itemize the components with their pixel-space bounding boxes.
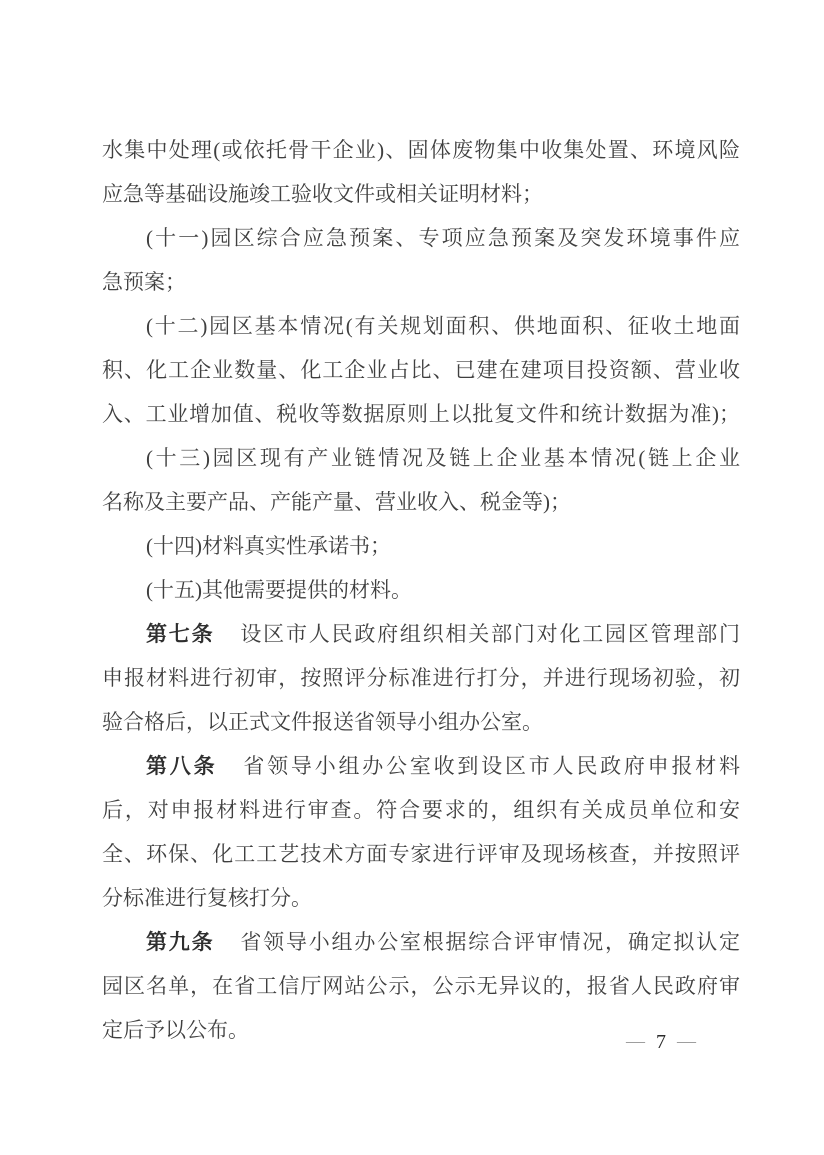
list-item-12: (十二)园区基本情况(有关规划面积、供地面积、征收土地面	[102, 304, 740, 348]
document-line: 园区名单，在省工信厅网站公示，公示无异议的，报省人民政府审	[102, 964, 740, 1008]
list-item-14: (十四)材料真实性承诺书；	[102, 524, 740, 568]
document-line: 急预案；	[102, 260, 740, 304]
document-line: 入、工业增加值、税收等数据原则上以批复文件和统计数据为准)；	[102, 392, 740, 436]
clause-seven-line: 第七条设区市人民政府组织相关部门对化工园区管理部门	[102, 612, 740, 656]
list-item-11: (十一)园区综合应急预案、专项应急预案及突发环境事件应	[102, 216, 740, 260]
page-footer: — 7 —	[626, 1031, 696, 1053]
list-item-13: (十三)园区现有产业链情况及链上企业基本情况(链上企业	[102, 436, 740, 480]
document-line: 后，对申报材料进行审查。符合要求的，组织有关成员单位和安	[102, 788, 740, 832]
clause-number: 第七条	[146, 622, 214, 646]
clause-text: 省领导小组办公室根据综合评审情况，确定拟认定	[240, 930, 740, 954]
clause-number: 第九条	[146, 930, 214, 954]
list-item-15: (十五)其他需要提供的材料。	[102, 568, 740, 612]
document-line: 水集中处理(或依托骨干企业)、固体废物集中收集处置、环境风险	[102, 128, 740, 172]
document-line: 积、化工企业数量、化工企业占比、已建在建项目投资额、营业收	[102, 348, 740, 392]
document-page: 水集中处理(或依托骨干企业)、固体废物集中收集处置、环境风险 应急等基础设施竣工…	[0, 0, 824, 1155]
document-line: 验合格后，以正式文件报送省领导小组办公室。	[102, 700, 740, 744]
footer-right-dash: —	[677, 1031, 696, 1053]
clause-number: 第八条	[146, 754, 217, 778]
document-line: 应急等基础设施竣工验收文件或相关证明材料；	[102, 172, 740, 216]
clause-text: 设区市人民政府组织相关部门对化工园区管理部门	[240, 622, 740, 646]
document-line: 名称及主要产品、产能产量、营业收入、税金等)；	[102, 480, 740, 524]
clause-nine-line: 第九条省领导小组办公室根据综合评审情况，确定拟认定	[102, 920, 740, 964]
footer-left-dash: —	[626, 1031, 645, 1053]
document-body: 水集中处理(或依托骨干企业)、固体废物集中收集处置、环境风险 应急等基础设施竣工…	[102, 128, 740, 1052]
clause-text: 省领导小组办公室收到设区市人民政府申报材料	[243, 754, 740, 778]
page-number: 7	[656, 1031, 666, 1053]
clause-eight-line: 第八条省领导小组办公室收到设区市人民政府申报材料	[102, 744, 740, 788]
document-line: 申报材料进行初审，按照评分标准进行打分，并进行现场初验，初	[102, 656, 740, 700]
document-line: 全、环保、化工工艺技术方面专家进行评审及现场核查，并按照评	[102, 832, 740, 876]
document-line: 分标准进行复核打分。	[102, 876, 740, 920]
